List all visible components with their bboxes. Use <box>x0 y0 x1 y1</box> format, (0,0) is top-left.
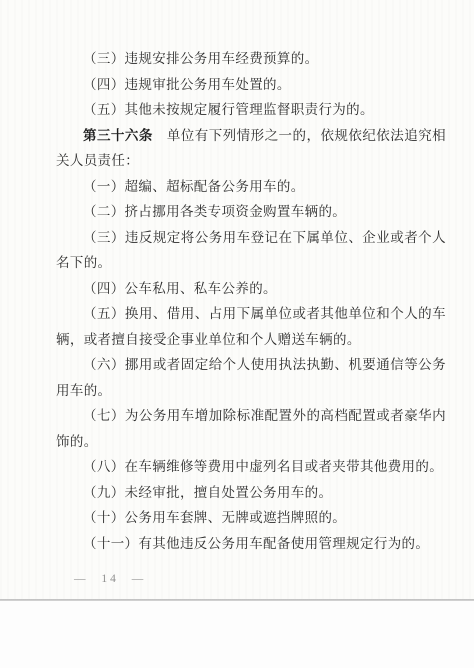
paragraph: （四）公车私用、私车公养的。 <box>56 276 446 302</box>
paragraph: （一）超编、超标配备公务用车的。 <box>56 174 446 200</box>
paragraph: （十一）有其他违反公务用车配备使用管理规定行为的。 <box>56 531 446 557</box>
paragraph: （四）违规审批公务用车处置的。 <box>56 72 446 98</box>
paragraph: （五）换用、借用、占用下属单位或者其他单位和个人的车辆，或者擅自接受企事业单位和… <box>56 301 446 352</box>
paragraph: （九）未经审批，擅自处置公务用车的。 <box>56 480 446 506</box>
article-number: 第三十六条 <box>83 128 153 143</box>
next-page-margin <box>0 601 474 668</box>
paragraph: （六）挪用或者固定给个人使用执法执勤、机要通信等公务用车的。 <box>56 352 446 403</box>
paragraph: （三）违反规定将公务用车登记在下属单位、企业或者个人名下的。 <box>56 225 446 276</box>
page-number: — 14 — <box>74 573 146 585</box>
paragraph: （七）为公务用车增加除标准配置外的高档配置或者豪华内饰的。 <box>56 403 446 454</box>
paragraph: 第三十六条单位有下列情形之一的，依规依纪依法追究相关人员责任： <box>56 123 446 174</box>
paragraph: （三）违规安排公务用车经费预算的。 <box>56 46 446 72</box>
paragraph: （八）在车辆维修等费用中虚列名目或者夹带其他费用的。 <box>56 454 446 480</box>
paragraph: （五）其他未按规定履行管理监督职责行为的。 <box>56 97 446 123</box>
paragraph: （十）公务用车套牌、无牌或遮挡牌照的。 <box>56 505 446 531</box>
document-body: （三）违规安排公务用车经费预算的。（四）违规审批公务用车处置的。（五）其他未按规… <box>56 46 446 556</box>
document-page: （三）违规安排公务用车经费预算的。（四）违规审批公务用车处置的。（五）其他未按规… <box>0 0 474 668</box>
paragraph: （二）挤占挪用各类专项资金购置车辆的。 <box>56 199 446 225</box>
